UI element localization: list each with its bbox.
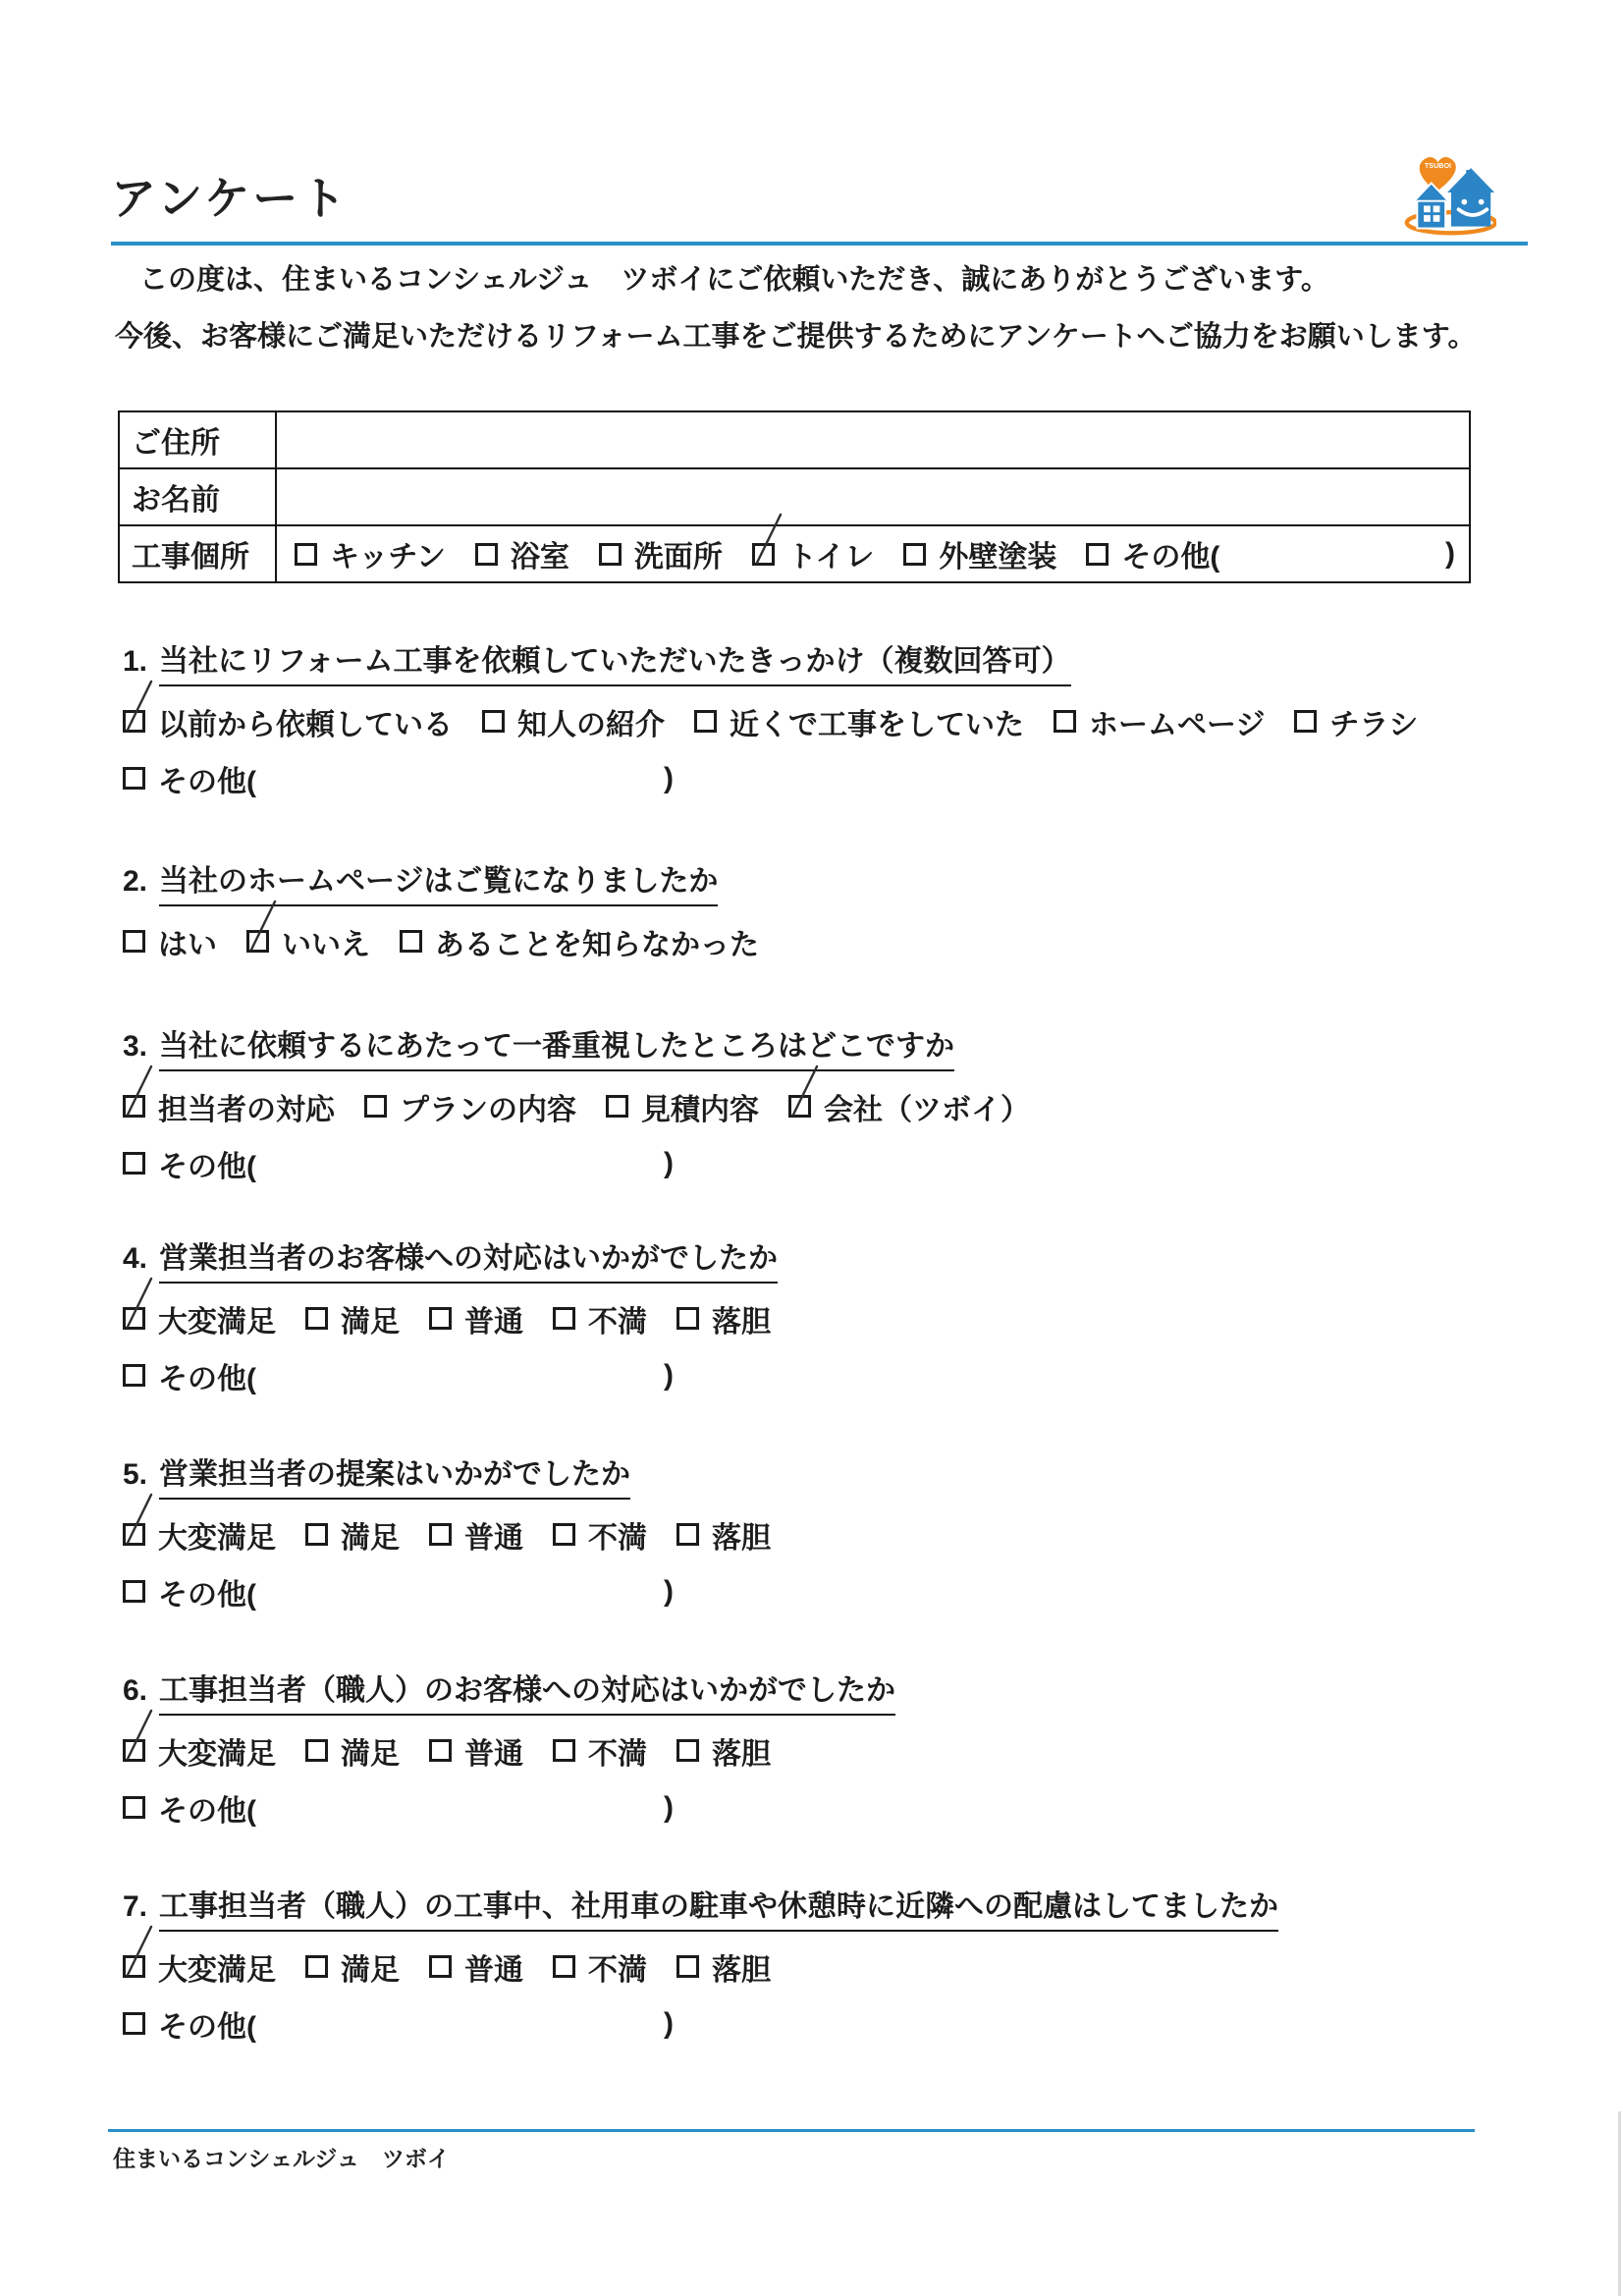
option-label: 満足: [341, 1945, 400, 1989]
write-in-blank[interactable]: [256, 1163, 664, 1164]
option: 落胆: [676, 1729, 771, 1773]
option-label: その他(: [1121, 532, 1219, 575]
close-paren: ): [664, 1575, 674, 1609]
checkbox-大変満足[interactable]: [123, 1523, 145, 1546]
option-label: 大変満足: [158, 1729, 276, 1773]
small-house-roof: [1414, 183, 1449, 201]
checkbox-プランの内容[interactable]: [364, 1095, 387, 1118]
option-label: 大変満足: [158, 1945, 276, 1989]
checkmark-icon: [751, 512, 786, 569]
option: 担当者の対応: [123, 1085, 335, 1128]
checkmark-icon: [122, 679, 157, 736]
checkmark-icon: [122, 1708, 157, 1765]
checkmark-icon: [122, 1064, 157, 1121]
row-label: 工事個所: [120, 526, 277, 581]
table-row: お名前: [120, 469, 1469, 526]
option: 知人の紹介: [482, 700, 665, 743]
checkbox-キッチン[interactable]: [295, 543, 317, 566]
checkbox-外壁塗装[interactable]: [903, 543, 926, 566]
option-row: はいいいえあることを知らなかった: [123, 919, 1554, 963]
question-title: 工事担当者（職人）のお客様への対応はいかがでしたか: [159, 1666, 895, 1716]
checkbox-普通[interactable]: [429, 1523, 452, 1546]
checkbox-見積内容[interactable]: [606, 1095, 628, 1118]
option: 落胆: [676, 1297, 771, 1340]
option: 浴室: [475, 532, 569, 575]
checkbox-落胆[interactable]: [676, 1523, 699, 1546]
option-label: 浴室: [511, 532, 569, 575]
close-paren: ): [664, 1791, 674, 1825]
question-number: 5.: [123, 1458, 147, 1492]
address-field[interactable]: [277, 412, 1469, 467]
question-7: 7.工事担当者（職人）の工事中、社用車の駐車や休憩時に近隣への配慮はしてましたか…: [123, 1882, 1554, 2046]
option-row: 担当者の対応プランの内容見積内容会社（ツボイ）: [123, 1084, 1554, 1128]
tsuboi-logo-icon: TSUBOI: [1402, 147, 1496, 240]
write-in-blank[interactable]: [1219, 554, 1445, 555]
checkbox-落胆[interactable]: [676, 1955, 699, 1978]
option-label: トイレ: [787, 532, 875, 575]
option-label: その他(: [158, 1142, 256, 1185]
checkbox-知人の紹介[interactable]: [482, 710, 505, 733]
question-title-row: 2.当社のホームページはご覧になりましたか: [123, 856, 1554, 906]
checkbox-満足[interactable]: [305, 1523, 328, 1546]
option: 普通: [429, 1729, 523, 1773]
name-field[interactable]: [277, 469, 1469, 524]
option-label: 不満: [588, 1945, 647, 1989]
checkbox-その他[interactable]: [123, 767, 145, 790]
option: 落胆: [676, 1513, 771, 1557]
option: その他(): [123, 757, 674, 800]
option-label: 落胆: [712, 1513, 771, 1557]
checkbox-チラシ[interactable]: [1294, 710, 1317, 733]
option: あることを知らなかった: [400, 920, 759, 963]
row-label: お名前: [120, 469, 277, 524]
option-label: 洗面所: [634, 532, 723, 575]
option: 不満: [553, 1729, 647, 1773]
question-title-row: 3.当社に依頼するにあたって一番重視したところはどこですか: [123, 1021, 1554, 1071]
checkbox-不満[interactable]: [553, 1955, 575, 1978]
option: 大変満足: [123, 1297, 276, 1340]
option-row: 大変満足満足普通不満落胆: [123, 1944, 1554, 1989]
option-label: 担当者の対応: [158, 1085, 335, 1128]
questionnaire-page: アンケート TSUBOI この度は、住まいるコンシェルジュ ツボイにご依頼いただ…: [0, 0, 1623, 2296]
row-label: ご住所: [120, 412, 277, 467]
big-house-eye: [1461, 199, 1467, 205]
option: 満足: [305, 1297, 400, 1340]
page-title: アンケート: [111, 163, 349, 228]
checkbox-落胆[interactable]: [676, 1739, 699, 1762]
worksite-options: キッチン浴室洗面所トイレ外壁塗装その他(): [277, 526, 1469, 581]
option-label: 会社（ツボイ）: [824, 1085, 1030, 1128]
question-5: 5.営業担当者の提案はいかがでしたか大変満足満足普通不満落胆その他(): [123, 1449, 1554, 1613]
question-title-row: 6.工事担当者（職人）のお客様への対応はいかがでしたか: [123, 1666, 1554, 1716]
option: プランの内容: [364, 1085, 576, 1128]
checkbox-あることを知らなかった[interactable]: [400, 930, 422, 953]
big-house-eye: [1479, 199, 1485, 205]
option-label: チラシ: [1329, 700, 1418, 743]
option: 外壁塗装: [903, 532, 1056, 575]
close-paren: ): [664, 1147, 674, 1180]
checkmark-icon: [122, 1276, 157, 1333]
checkmark-icon: [787, 1064, 823, 1121]
checkbox-大変満足[interactable]: [123, 1307, 145, 1330]
checkbox-会社ツボイ[interactable]: [788, 1095, 811, 1118]
checkmark-icon: [122, 1492, 157, 1549]
question-title: 当社に依頼するにあたって一番重視したところはどこですか: [159, 1021, 954, 1071]
close-paren: ): [1445, 537, 1455, 571]
question-title-row: 4.営業担当者のお客様への対応はいかがでしたか: [123, 1233, 1554, 1284]
option-label: 外壁塗装: [939, 532, 1056, 575]
checkbox-不満[interactable]: [553, 1523, 575, 1546]
checkmark-icon: [122, 1924, 157, 1981]
option-label: 見積内容: [641, 1085, 759, 1128]
option: 普通: [429, 1297, 523, 1340]
question-title: 当社のホームページはご覧になりましたか: [159, 856, 718, 906]
question-number: 6.: [123, 1674, 147, 1708]
checkbox-近くで工事をしていた[interactable]: [694, 710, 717, 733]
option-label: その他(: [158, 1786, 256, 1830]
option-row: 以前から依頼している知人の紹介近くで工事をしていたホームページチラシ: [123, 699, 1554, 743]
option-label: 満足: [341, 1729, 400, 1773]
option-label: 大変満足: [158, 1297, 276, 1340]
option: 満足: [305, 1945, 400, 1989]
checkbox-その他[interactable]: [123, 1152, 145, 1175]
option-label: 普通: [464, 1729, 523, 1773]
checkbox-満足[interactable]: [305, 1739, 328, 1762]
option-label: 落胆: [712, 1729, 771, 1773]
option-row: その他(): [123, 2001, 1554, 2046]
option: 以前から依頼している: [123, 700, 453, 743]
checkmark-icon: [245, 899, 281, 956]
option: 満足: [305, 1729, 400, 1773]
option: キッチン: [295, 532, 446, 575]
option: チラシ: [1294, 700, 1418, 743]
checkbox-以前から依頼している[interactable]: [123, 710, 145, 733]
option: その他(): [1086, 532, 1455, 575]
table-row: ご住所: [120, 412, 1469, 469]
write-in-blank[interactable]: [256, 1807, 664, 1808]
option-label: はい: [158, 920, 217, 963]
write-in-blank[interactable]: [256, 1375, 664, 1376]
question-6: 6.工事担当者（職人）のお客様への対応はいかがでしたか大変満足満足普通不満落胆そ…: [123, 1666, 1554, 1830]
question-title: 当社にリフォーム工事を依頼していただいたきっかけ（複数回答可）: [159, 636, 1071, 686]
question-title-row: 7.工事担当者（職人）の工事中、社用車の駐車や休憩時に近隣への配慮はしてましたか: [123, 1882, 1554, 1932]
checkbox-大変満足[interactable]: [123, 1739, 145, 1762]
footer-text: 住まいるコンシェルジュ ツボイ: [113, 2141, 450, 2173]
option-label: 満足: [341, 1297, 400, 1340]
question-number: 2.: [123, 865, 147, 899]
option: ホームページ: [1054, 700, 1265, 743]
close-paren: ): [664, 1359, 674, 1393]
checkbox-普通[interactable]: [429, 1955, 452, 1978]
footer-line: [108, 2129, 1475, 2132]
info-table: ご住所お名前工事個所キッチン浴室洗面所トイレ外壁塗装その他(): [118, 410, 1471, 583]
option: その他(): [123, 1786, 674, 1830]
write-in-blank[interactable]: [256, 778, 664, 779]
table-row: 工事個所キッチン浴室洗面所トイレ外壁塗装その他(): [120, 526, 1469, 581]
option: 大変満足: [123, 1729, 276, 1773]
checkbox-普通[interactable]: [429, 1307, 452, 1330]
option-label: その他(: [158, 757, 256, 800]
intro-line-1: この度は、住まいるコンシェルジュ ツボイにご依頼いただき、誠にありがとうございま…: [139, 257, 1329, 298]
checkbox-ホームページ[interactable]: [1054, 710, 1076, 733]
question-4: 4.営業担当者のお客様への対応はいかがでしたか大変満足満足普通不満落胆その他(): [123, 1233, 1554, 1397]
option-label: キッチン: [330, 532, 446, 575]
checkbox-不満[interactable]: [553, 1307, 575, 1330]
question-title: 営業担当者の提案はいかがでしたか: [159, 1449, 630, 1500]
checkbox-その他[interactable]: [123, 2012, 145, 2035]
close-paren: ): [664, 2007, 674, 2041]
intro-line-2: 今後、お客様にご満足いただけるリフォーム工事をご提供するためにアンケートへご協力…: [115, 314, 1477, 355]
option: 近くで工事をしていた: [694, 700, 1024, 743]
close-paren: ): [664, 762, 674, 795]
checkbox-満足[interactable]: [305, 1955, 328, 1978]
option-label: 普通: [464, 1945, 523, 1989]
title-underline: [111, 242, 1528, 246]
option-row: 大変満足満足普通不満落胆: [123, 1512, 1554, 1557]
checkbox-洗面所[interactable]: [599, 543, 622, 566]
checkbox-担当者の対応[interactable]: [123, 1095, 145, 1118]
option: 普通: [429, 1513, 523, 1557]
option-label: その他(: [158, 1570, 256, 1613]
info-table-body: ご住所お名前工事個所キッチン浴室洗面所トイレ外壁塗装その他(): [120, 412, 1469, 581]
option: 不満: [553, 1513, 647, 1557]
option-row: その他(): [123, 1569, 1554, 1613]
option: 大変満足: [123, 1945, 276, 1989]
option: 普通: [429, 1945, 523, 1989]
checkbox-その他[interactable]: [123, 1796, 145, 1819]
checkbox-その他[interactable]: [123, 1580, 145, 1603]
question-title: 工事担当者（職人）の工事中、社用車の駐車や休憩時に近隣への配慮はしてましたか: [159, 1882, 1278, 1932]
option-label: 満足: [341, 1513, 400, 1557]
question-title-row: 5.営業担当者の提案はいかがでしたか: [123, 1449, 1554, 1500]
question-3: 3.当社に依頼するにあたって一番重視したところはどこですか担当者の対応プランの内…: [123, 1021, 1554, 1185]
option-row: その他(): [123, 756, 1554, 800]
logo-text: TSUBOI: [1425, 161, 1451, 170]
question-number: 7.: [123, 1890, 147, 1924]
option-label: 不満: [588, 1729, 647, 1773]
option-label: あることを知らなかった: [435, 920, 759, 963]
option-label: 知人の紹介: [517, 700, 665, 743]
checkbox-普通[interactable]: [429, 1739, 452, 1762]
option: 大変満足: [123, 1513, 276, 1557]
option-label: 落胆: [712, 1297, 771, 1340]
option-label: プランの内容: [400, 1085, 576, 1128]
small-house-window: [1424, 205, 1431, 212]
question-title: 営業担当者のお客様への対応はいかがでしたか: [159, 1233, 778, 1284]
option-label: 普通: [464, 1513, 523, 1557]
checkbox-落胆[interactable]: [676, 1307, 699, 1330]
question-number: 3.: [123, 1030, 147, 1064]
option: 会社（ツボイ）: [788, 1085, 1030, 1128]
option: 落胆: [676, 1945, 771, 1989]
option-label: 不満: [588, 1297, 647, 1340]
option-row: その他(): [123, 1785, 1554, 1830]
scan-edge-artifact: [1618, 2111, 1621, 2296]
question-number: 1.: [123, 645, 147, 679]
checkbox-不満[interactable]: [553, 1739, 575, 1762]
option-label: いいえ: [282, 920, 370, 963]
checkbox-いいえ[interactable]: [246, 930, 269, 953]
option: トイレ: [752, 532, 875, 575]
small-house-window: [1424, 215, 1431, 222]
question-number: 4.: [123, 1242, 147, 1276]
option: 不満: [553, 1297, 647, 1340]
question-1: 1.当社にリフォーム工事を依頼していただいたきっかけ（複数回答可）以前から依頼し…: [123, 636, 1554, 800]
question-title-row: 1.当社にリフォーム工事を依頼していただいたきっかけ（複数回答可）: [123, 636, 1554, 686]
write-in-blank[interactable]: [256, 2023, 664, 2024]
checkbox-その他[interactable]: [1086, 543, 1109, 566]
option-label: 以前から依頼している: [158, 700, 453, 743]
option-label: 大変満足: [158, 1513, 276, 1557]
option-label: 普通: [464, 1297, 523, 1340]
option: その他(): [123, 1142, 674, 1185]
option: 不満: [553, 1945, 647, 1989]
option: いいえ: [246, 920, 370, 963]
checkbox-満足[interactable]: [305, 1307, 328, 1330]
option-row: 大変満足満足普通不満落胆: [123, 1728, 1554, 1773]
option: その他(): [123, 1570, 674, 1613]
checkbox-はい[interactable]: [123, 930, 145, 953]
company-logo: TSUBOI: [1402, 147, 1496, 240]
option: はい: [123, 920, 217, 963]
option-label: 落胆: [712, 1945, 771, 1989]
big-house-chimney: [1466, 170, 1471, 182]
small-house-window: [1434, 215, 1440, 222]
checkbox-浴室[interactable]: [475, 543, 498, 566]
option: 満足: [305, 1513, 400, 1557]
small-house-body: [1417, 201, 1445, 229]
write-in-blank[interactable]: [256, 1591, 664, 1592]
checkbox-その他[interactable]: [123, 1364, 145, 1387]
option: 見積内容: [606, 1085, 759, 1128]
option-label: その他(: [158, 2002, 256, 2046]
option-row: 大変満足満足普通不満落胆: [123, 1296, 1554, 1340]
question-2: 2.当社のホームページはご覧になりましたかはいいいえあることを知らなかった: [123, 856, 1554, 963]
option-row: その他(): [123, 1141, 1554, 1185]
option: その他(): [123, 2002, 674, 2046]
small-house-window: [1434, 205, 1440, 212]
option-label: 不満: [588, 1513, 647, 1557]
option-label: ホームページ: [1089, 700, 1265, 743]
option-label: 近くで工事をしていた: [730, 700, 1024, 743]
checkbox-トイレ[interactable]: [752, 543, 775, 566]
option-row: その他(): [123, 1353, 1554, 1397]
option: その他(): [123, 1354, 674, 1397]
checkbox-大変満足[interactable]: [123, 1955, 145, 1978]
option-label: その他(: [158, 1354, 256, 1397]
option: 洗面所: [599, 532, 723, 575]
